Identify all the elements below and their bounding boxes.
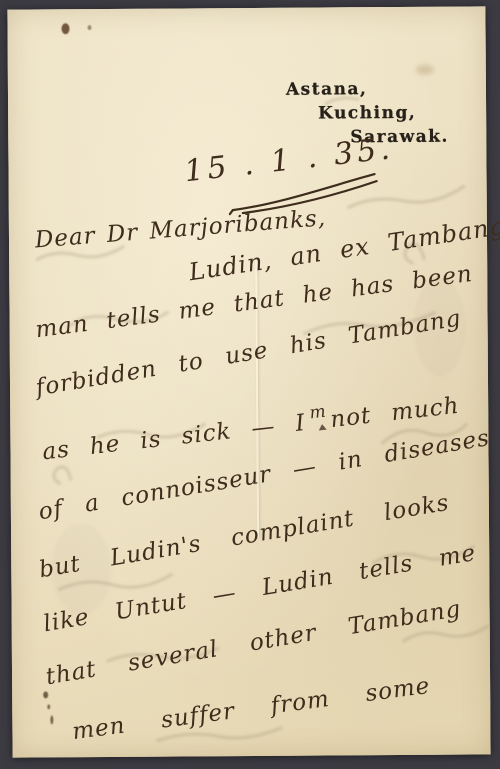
ink-speck <box>43 691 48 698</box>
insertion-caret-icon <box>318 424 327 431</box>
letterhead-line-kuching: Kuching, <box>318 103 416 124</box>
letterhead-line-astana: Astana, <box>286 79 368 100</box>
inserted-word-text: m <box>308 402 327 424</box>
ink-speck <box>50 715 53 724</box>
foxing-smudge <box>416 65 434 75</box>
ink-speck <box>47 704 50 709</box>
letter-page: Astana, Kuching, Sarawak. 15 . 1 . 35. D… <box>7 6 490 757</box>
foxing-spot <box>61 23 69 34</box>
photo-background: { "colors": { "background": "#3c3b42", "… <box>0 0 500 769</box>
inserted-word: m <box>309 408 327 436</box>
foxing-spot <box>88 25 92 30</box>
